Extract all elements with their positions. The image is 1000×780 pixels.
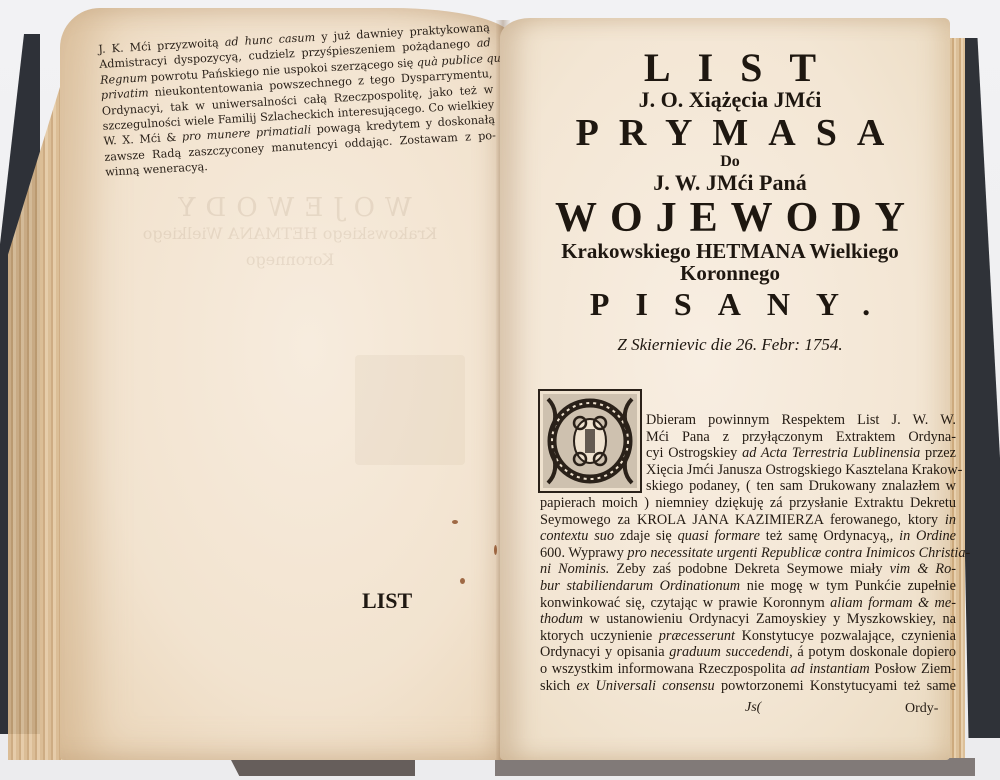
title-prymasa: PRYMASA (540, 112, 940, 154)
latin-phrase: ad instantiam (790, 661, 869, 677)
text-run: Seymowego za KROLA JANA KAZIMIERZA ferow… (540, 512, 945, 528)
latin-phrase: Regnum (100, 71, 148, 87)
title-xiazecia: J. O. Xiążęcia JMći (520, 88, 940, 112)
text-run: Dbieram powinnym Respektem List J. W. W. (646, 412, 956, 428)
text-run: Xięcia Jmći Janusza Ostrogskiego Kasztel… (646, 462, 962, 478)
text-run: też samę Ordynacyą,, (760, 528, 899, 544)
foxing-stain (460, 578, 465, 584)
text-line: skich ex Universali consensu powtorzonem… (540, 678, 956, 695)
latin-phrase: quasi formare (678, 528, 760, 544)
title-krakowskiego: Krakowskiego HETMANA Wielkiego (520, 240, 940, 262)
latin-phrase: privatim (101, 86, 149, 102)
title-koronnego: Koronnego (520, 262, 940, 284)
text-line: Seymowego za KROLA JANA KAZIMIERZA ferow… (540, 512, 956, 529)
title-pisany: PISANY. (546, 284, 940, 324)
latin-phrase: ad Acta Terrestria Lublinensia (742, 445, 920, 461)
text-run: Konstytucye pozwalające, czynienia (735, 628, 956, 644)
text-line: Dbieram powinnym Respektem List J. W. W. (540, 412, 956, 429)
show-through-text: WOJEWODY Krakowskiego HETMANA Wielkiego … (100, 195, 480, 273)
title-do: Do (520, 154, 940, 170)
text-line: 600. Wyprawy pro necessitate urgenti Rep… (540, 545, 956, 562)
show-through-initial (355, 355, 465, 465)
text-run: Posłow Ziem- (870, 661, 956, 677)
text-run: papierach moich ) niemniey dziękuję zá p… (540, 495, 956, 511)
text-line: thodum w ustanowieniu Ordynacyi Zamoyski… (540, 611, 956, 628)
latin-phrase: vim & Ro- (890, 561, 956, 577)
text-line: konwinkować się, czytając w prawie Koron… (540, 595, 956, 612)
letter-body-text: Dbieram powinnym Respektem List J. W. W.… (540, 412, 956, 694)
latin-phrase: præcesserunt (659, 628, 735, 644)
text-run: á potym doskonale dopiero (793, 644, 956, 660)
text-run: konwinkować się, czytając w prawie Koron… (540, 595, 830, 611)
text-line: o wszystkim informowana Rzeczpospolita a… (540, 661, 956, 678)
latin-phrase: aliam formam & me- (830, 595, 956, 611)
text-line: ni Nominis. Zeby zaś podobne Dekreta Sey… (540, 561, 956, 578)
text-run: cyi Ostrogskiey (646, 445, 742, 461)
book-bottom-edge-left (230, 758, 415, 776)
text-run: zdaje się (614, 528, 677, 544)
text-run: Mći Pana z przyłączonym Extraktem Ordyna… (646, 429, 956, 445)
text-run: nie mogę w tym Punkćie zupełnie (740, 578, 956, 594)
latin-phrase: ni Nominis. (540, 561, 609, 577)
text-run: Ordynacyi y opisania (540, 644, 669, 660)
title-list: LIST (547, 48, 940, 88)
text-line: cyi Ostrogskiey ad Acta Terrestria Lubli… (540, 445, 956, 462)
text-run: o wszystkim informowana Rzeczpospolita (540, 661, 790, 677)
title-wojewody: WOJEWODY (533, 196, 940, 240)
foxing-stain (452, 520, 458, 524)
text-line: Mći Pana z przyłączonym Extraktem Ordyna… (540, 429, 956, 446)
text-run: skiego podaney, ( ten sam Drukowany znal… (646, 478, 956, 494)
latin-phrase: contextu suo (540, 528, 614, 544)
text-line: ktorych uczynienie præcesserunt Konstytu… (540, 628, 956, 645)
text-run: przez (920, 445, 956, 461)
text-run: w ustanowieniu Ordynacyi Zamoyskiey y My… (583, 611, 956, 627)
latin-phrase: bur stabiliendarum Ordinationum (540, 578, 740, 594)
book-bottom-edge-right (495, 758, 975, 776)
latin-phrase: ad (476, 36, 491, 50)
dateline: Z Skiernievic die 26. Febr: 1754. (520, 330, 940, 360)
latin-phrase: pro necessitate urgenti Republicæ contra… (627, 545, 970, 561)
text-line: skiego podaney, ( ten sam Drukowany znal… (540, 478, 956, 495)
text-run: powtorzonemi Konstytucyami też same (715, 678, 956, 694)
text-run: ktorych uczynienie (540, 628, 659, 644)
left-page-continuation-text: J. K. Mći przyzwoitą ad hunc casum y już… (98, 20, 497, 180)
left-page-catchword: LIST (362, 588, 412, 614)
latin-phrase: graduum succedendi, (669, 644, 792, 660)
right-page-catchword: Ordy- (905, 701, 938, 717)
latin-phrase: ex Universali consensu (577, 678, 715, 694)
text-line: contextu suo zdaje się quasi formare też… (540, 528, 956, 545)
text-line: papierach moich ) niemniey dziękuję zá p… (540, 495, 956, 512)
text-run: skich (540, 678, 577, 694)
text-line: bur stabiliendarum Ordinationum nie mogę… (540, 578, 956, 595)
open-book: WOJEWODY Krakowskiego HETMANA Wielkiego … (0, 0, 1000, 780)
title-block: LIST J. O. Xiążęcia JMći PRYMASA Do J. W… (520, 48, 940, 360)
signature-mark: Js( (745, 700, 761, 716)
latin-phrase: thodum (540, 611, 583, 627)
text-line: Ordynacyi y opisania graduum succedendi,… (540, 644, 956, 661)
text-run: Zeby zaś podobne Dekreta Seymowe miały (609, 561, 889, 577)
latin-phrase: in Ordine (899, 528, 956, 544)
latin-phrase: in (945, 512, 956, 528)
text-run: 600. Wyprawy (540, 545, 627, 561)
title-jw-pana: J. W. JMći Paná (520, 170, 940, 196)
text-line: Xięcia Jmći Janusza Ostrogskiego Kasztel… (540, 462, 956, 479)
